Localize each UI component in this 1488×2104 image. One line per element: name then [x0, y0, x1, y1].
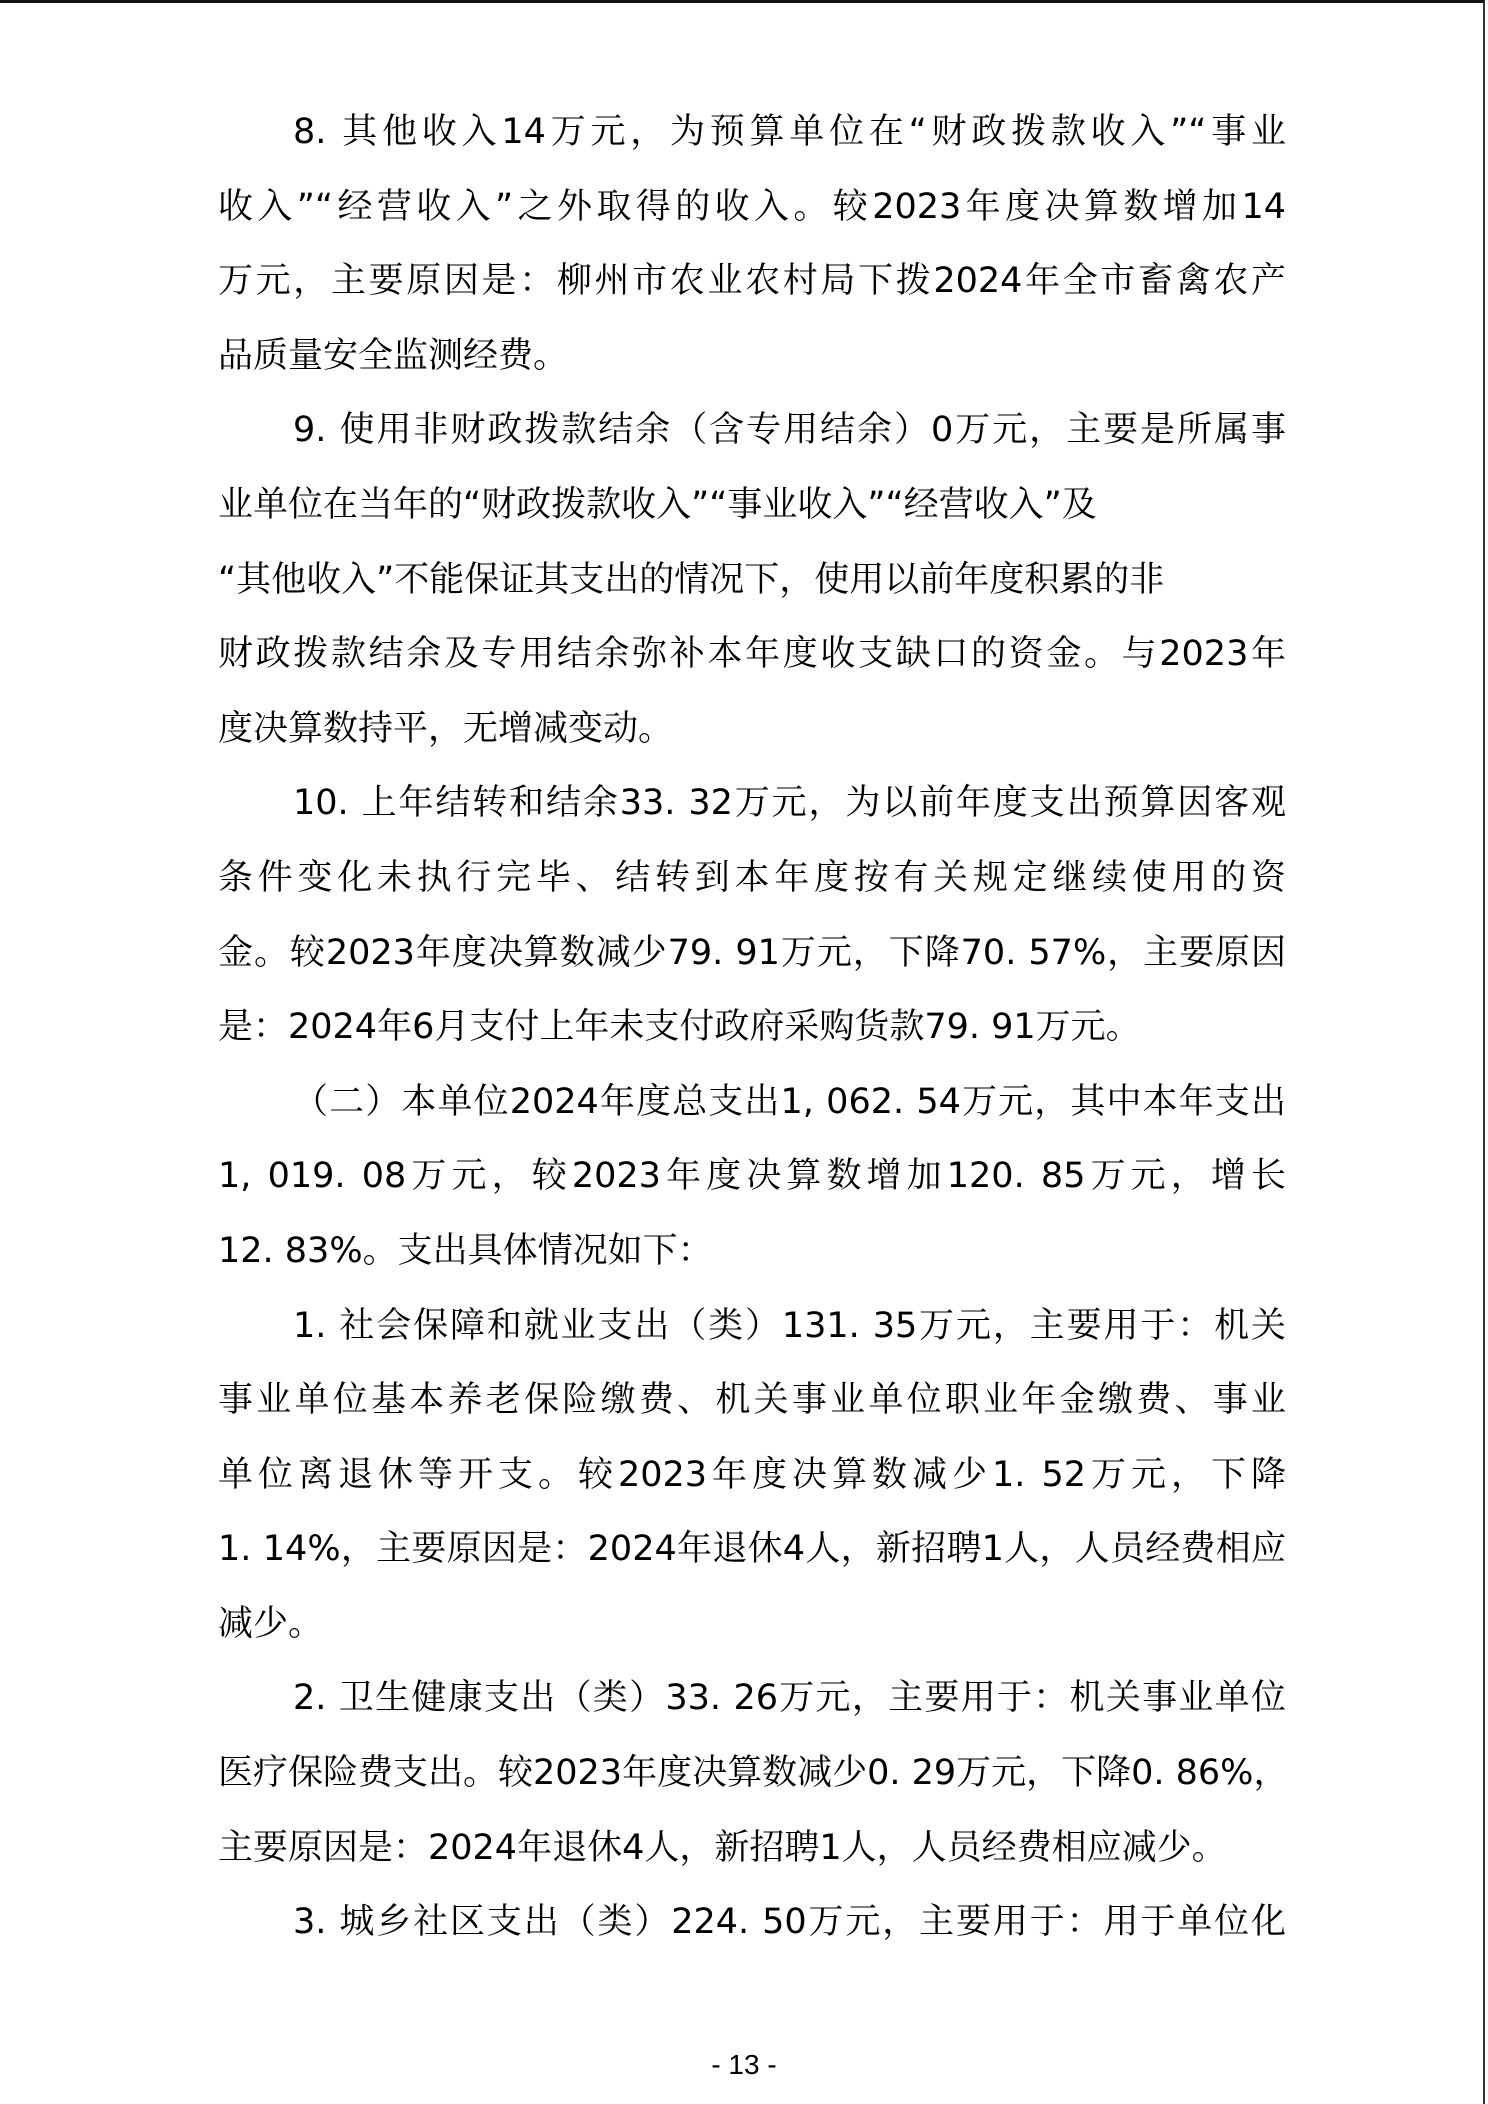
text-line: 10. 上年结转和结余33. 32万元，为以前年度支出预算因客观 [218, 766, 1286, 841]
text-line: 条件变化未执行完毕、结转到本年度按有关规定继续使用的资 [218, 841, 1286, 916]
paragraph-p10: 10. 上年结转和结余33. 32万元，为以前年度支出预算因客观条件变化未执行完… [218, 766, 1286, 1064]
paragraph-p-exp-2: 2. 卫生健康支出（类）33. 26万元，主要用于：机关事业单位医疗保险费支出。… [218, 1661, 1286, 1885]
text-line: 收入”“经营收入”之外取得的收入。较2023年度决算数增加14 [218, 170, 1286, 245]
paragraph-p9: 9. 使用非财政拨款结余（含专用结余）0万元，主要是所属事业单位在当年的“财政拨… [218, 393, 1286, 766]
text-line: 财政拨款结余及专用结余弥补本年度收支缺口的资金。与2023年 [218, 617, 1286, 692]
text-line: 主要原因是：2024年退休4人，新招聘1人，人员经费相应减少。 [218, 1811, 1286, 1886]
paragraph-p8: 8. 其他收入14万元，为预算单位在“财政拨款收入”“事业收入”“经营收入”之外… [218, 95, 1286, 393]
text-line: 1. 14%，主要原因是：2024年退休4人，新招聘1人，人员经费相应 [218, 1512, 1286, 1587]
document-page: 8. 其他收入14万元，为预算单位在“财政拨款收入”“事业收入”“经营收入”之外… [0, 0, 1485, 2104]
paragraph-p-expense-summary: （二）本单位2024年度总支出1, 062. 54万元，其中本年支出1, 019… [218, 1065, 1286, 1289]
text-line: 1. 社会保障和就业支出（类）131. 35万元，主要用于：机关 [218, 1289, 1286, 1364]
text-line: 万元，主要原因是：柳州市农业农村局下拨2024年全市畜禽农产 [218, 244, 1286, 319]
document-body: 8. 其他收入14万元，为预算单位在“财政拨款收入”“事业收入”“经营收入”之外… [218, 95, 1286, 1960]
text-line: 事业单位基本养老保险缴费、机关事业单位职业年金缴费、事业 [218, 1363, 1286, 1438]
text-line: 医疗保险费支出。较2023年度决算数减少0. 29万元，下降0. 86%， [218, 1736, 1286, 1811]
text-line: （二）本单位2024年度总支出1, 062. 54万元，其中本年支出 [218, 1065, 1286, 1140]
text-line: 金。较2023年度决算数减少79. 91万元，下降70. 57%，主要原因 [218, 916, 1286, 991]
paragraph-p-exp-1: 1. 社会保障和就业支出（类）131. 35万元，主要用于：机关事业单位基本养老… [218, 1289, 1286, 1662]
text-line: 12. 83%。支出具体情况如下： [218, 1214, 1286, 1289]
text-line: 度决算数持平，无增减变动。 [218, 692, 1286, 767]
text-line: 业单位在当年的“财政拨款收入”“事业收入”“经营收入”及 [218, 468, 1286, 543]
text-line: 1, 019. 08万元，较2023年度决算数增加120. 85万元，增长 [218, 1139, 1286, 1214]
text-line: 9. 使用非财政拨款结余（含专用结余）0万元，主要是所属事 [218, 393, 1286, 468]
text-line: 8. 其他收入14万元，为预算单位在“财政拨款收入”“事业 [218, 95, 1286, 170]
text-line: 单位离退休等开支。较2023年度决算数减少1. 52万元，下降 [218, 1438, 1286, 1513]
paragraph-p-exp-3: 3. 城乡社区支出（类）224. 50万元，主要用于：用于单位化 [218, 1885, 1286, 1960]
text-line: 3. 城乡社区支出（类）224. 50万元，主要用于：用于单位化 [218, 1885, 1286, 1960]
text-line: “其他收入”不能保证其支出的情况下，使用以前年度积累的非 [218, 543, 1286, 618]
text-line: 2. 卫生健康支出（类）33. 26万元，主要用于：机关事业单位 [218, 1661, 1286, 1736]
text-line: 减少。 [218, 1587, 1286, 1662]
text-line: 品质量安全监测经费。 [218, 319, 1286, 394]
text-line: 是：2024年6月支付上年未支付政府采购货款79. 91万元。 [218, 990, 1286, 1065]
page-number: - 13 - [0, 2049, 1488, 2081]
